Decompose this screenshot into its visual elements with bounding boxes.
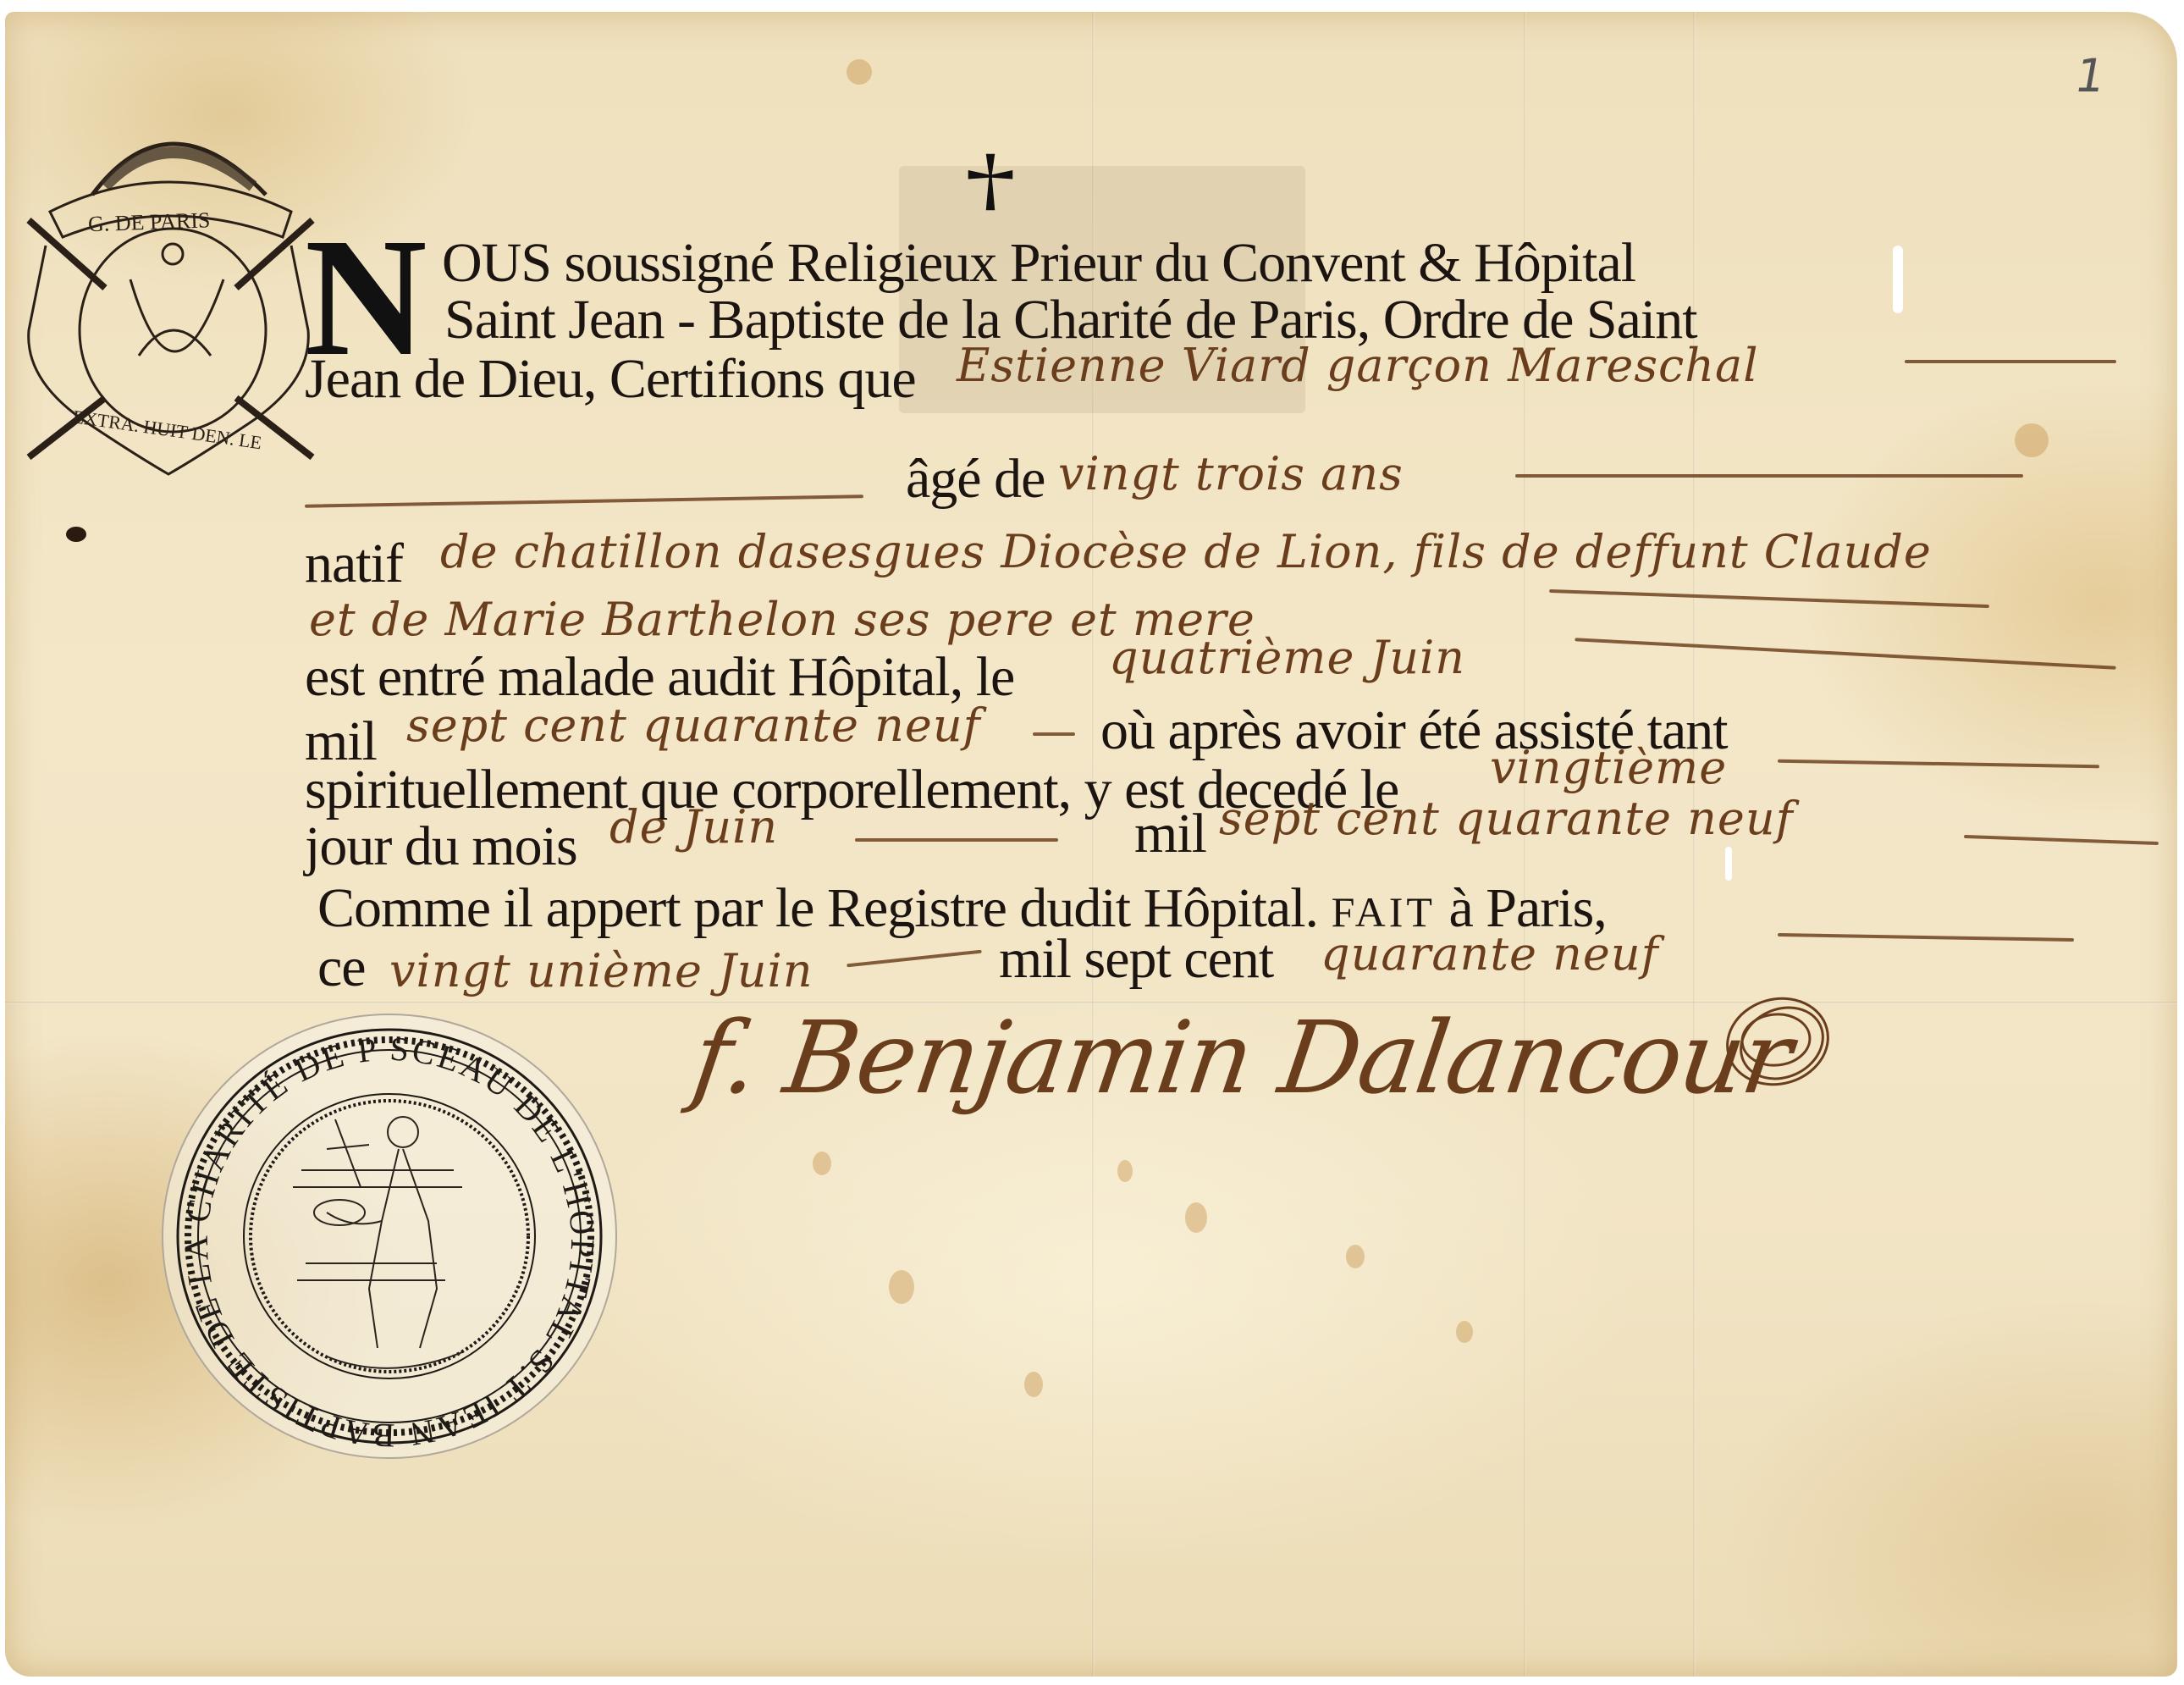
handwritten-name: Estienne Viard garçon Mareschal [957, 343, 1759, 389]
dropcap-letter: N [305, 237, 427, 359]
paper-tear [1893, 246, 1903, 313]
fill-rule [1515, 474, 2023, 478]
handwritten-death-day: vingtième [1490, 745, 1727, 791]
ce-label: ce [317, 940, 366, 996]
paper-tear [1725, 847, 1732, 881]
foxing-spot [1024, 1372, 1043, 1397]
foxing-spot [1185, 1202, 1207, 1233]
svg-text:EXTRA. HUIT DEN. LE: EXTRA. HUIT DEN. LE [71, 406, 262, 453]
foxing-spot [847, 59, 872, 85]
printed-line-3: Jean de Dieu, Certifions que [305, 351, 916, 407]
maltese-cross-icon [957, 152, 1024, 212]
ink-blot [66, 527, 86, 542]
day-month-label: jour du mois [305, 819, 577, 875]
svg-text:G. DE PARIS: G. DE PARIS [88, 207, 211, 236]
signature: f. Benjamin Dalancour [686, 999, 1797, 1116]
fill-rule [855, 838, 1058, 842]
year-label-3: mil sept cent [999, 931, 1273, 987]
handwritten-age: vingt trois ans [1058, 451, 1404, 497]
native-label: natif [305, 536, 403, 592]
handwritten-death-year: sept cent quarante neuf [1219, 796, 1794, 842]
crest-stamp-icon: G. DE PARIS EXTRA. HUIT DEN. LE [12, 102, 329, 491]
handwritten-issue-year: quarante neuf [1321, 931, 1659, 977]
foxing-spot [2015, 423, 2049, 457]
fill-rule [1905, 360, 2116, 363]
fill-rule [1033, 732, 1075, 736]
handwritten-origin-line-1: de chatillon dasesgues Diocèse de Lion, … [440, 529, 1932, 575]
year-label-2: mil [1134, 806, 1206, 862]
foxing-spot [889, 1270, 914, 1304]
foxing-spot [1456, 1321, 1473, 1343]
handwritten-death-month: de Juin [609, 804, 778, 850]
entered-label: est entré malade audit Hôpital, le [305, 649, 1014, 705]
age-label: âgé de [906, 451, 1045, 507]
foxing-spot [1346, 1245, 1365, 1268]
handwritten-entry-date: quatrième Juin [1109, 635, 1465, 681]
foxing-spot [1117, 1160, 1133, 1182]
printed-line-1: OUS soussigné Religieux Prieur du Conven… [442, 235, 1635, 291]
foxing-spot [813, 1152, 831, 1175]
handwritten-issue-day: vingt unième Juin [389, 948, 813, 994]
hospital-seal-icon: SCEAU DE L'HOPITAL S.T IEAN BAPTISTE DE … [157, 1009, 621, 1463]
signature-paraph-icon [1710, 982, 1845, 1101]
handwritten-entry-year: sept cent quarante neuf [406, 703, 981, 749]
